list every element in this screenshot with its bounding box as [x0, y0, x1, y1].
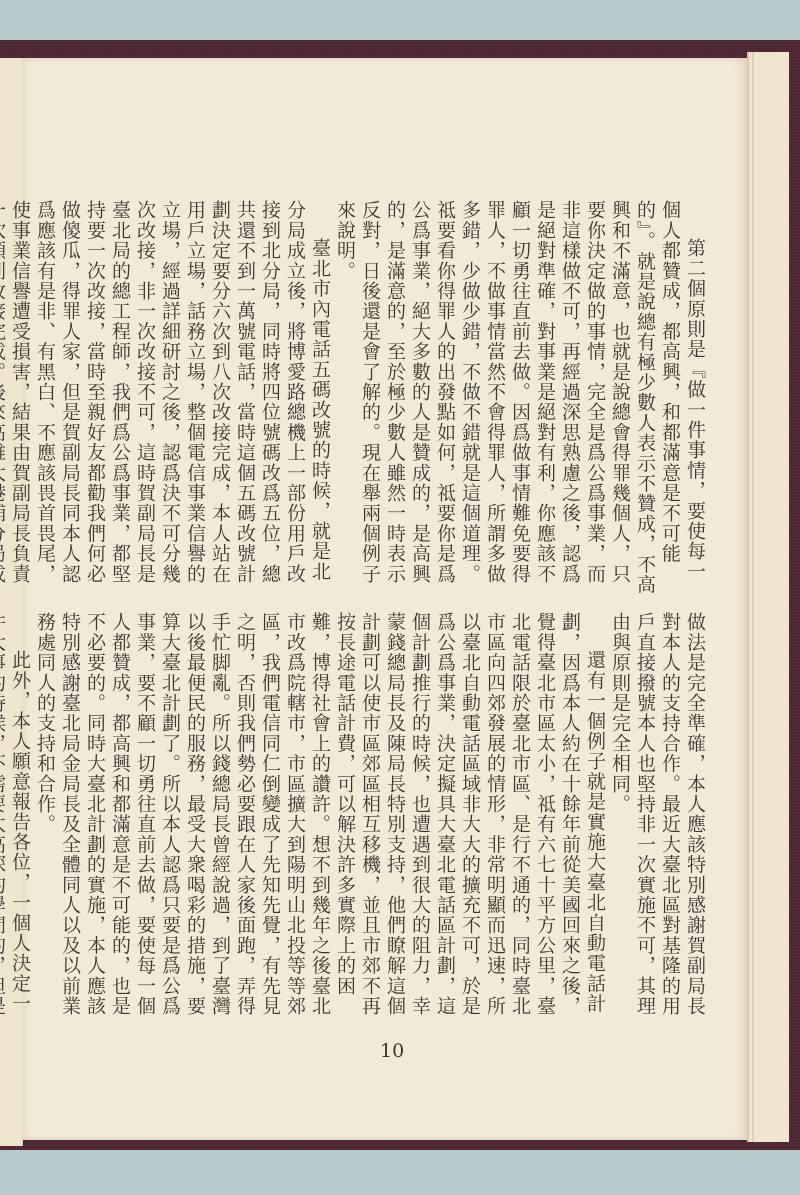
page-number: 10 — [380, 1040, 404, 1062]
page-stack-edge — [747, 52, 789, 1142]
paragraph-second-principle: 第二個原則是『做一件事情，要使每一個人都贊成，都高興，和都滿意是不可能的』。就是… — [332, 200, 707, 600]
paragraph-continuation: 做法是完全準確，本人應該特別感謝賀副局長對本人的支持合作。最近大臺北區對基隆的用… — [607, 612, 707, 1032]
text-block-bottom: 做法是完全準確，本人應該特別感謝賀副局長對本人的支持合作。最近大臺北區對基隆的用… — [87, 612, 707, 1032]
text-block-top: 第二個原則是『做一件事情，要使每一個人都贊成，都高興，和都滿意是不可能的』。就是… — [87, 200, 707, 600]
paragraph-greater-taipei-plan: 還有一個例子就是實施大臺北自動電話計劃，因爲本人約在十餘年前從美國回來之後，覺得… — [32, 612, 607, 1032]
paragraph-taipei-five-digit: 臺北市內電話五碼改號的時候，就是北分局成立後，將博愛路總機上一部份用戶改接到北分… — [0, 200, 332, 600]
paragraph-decision-advice: 此外，本人願意報告各位，一個人決定一件大事的時候，不需要太高深的學問的，但是一定… — [0, 612, 32, 1032]
